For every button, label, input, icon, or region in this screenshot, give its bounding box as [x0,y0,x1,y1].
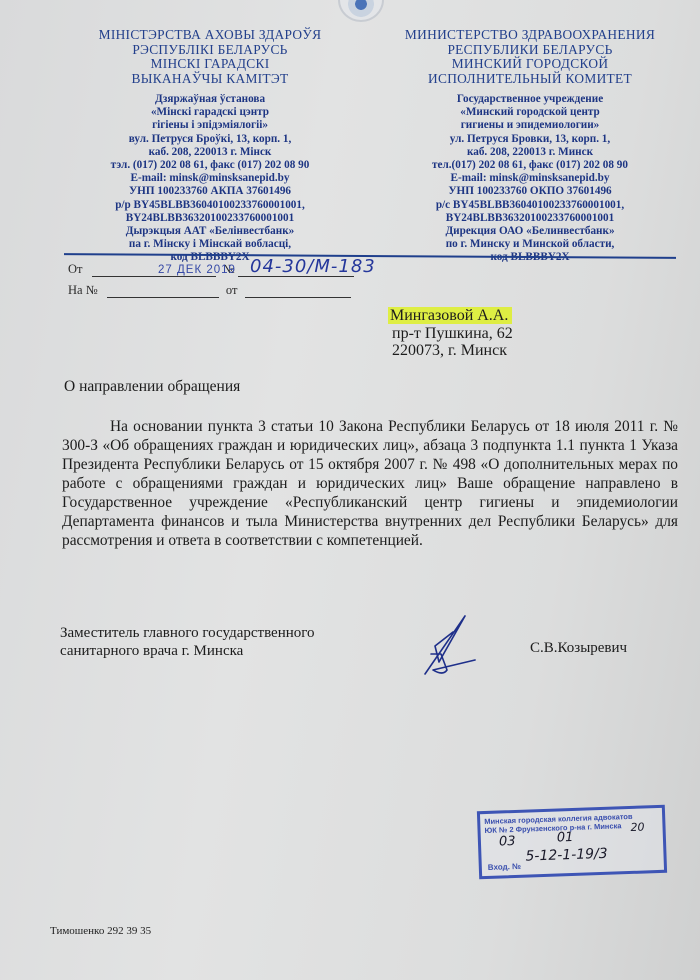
addressee-street: пр-т Пушкина, 62 [392,325,513,343]
text-line: МИНСКИЙ ГОРОДСКОЙ [380,57,680,72]
addressee-city: 220073, г. Минск [392,342,513,360]
addressee-block: Мингазовой А.А. пр-т Пушкина, 62 220073,… [392,307,513,360]
letter-subject: О направлении обращения [64,378,240,396]
text-line: по г. Минску и Минской области, [380,238,680,251]
reply-number-field [107,285,219,298]
email-text: E-mail: minsk@minsksanepid.by [380,172,680,185]
institution-details-ru: Государственное учреждение «Минский горо… [380,93,680,265]
stamp-year: 20 [630,822,644,831]
text-line: BY24BLBB36320100233760001001 [60,212,360,225]
text-line: р/с BY45BLBB36040100233760001001, [380,199,680,212]
text-line: ВЫКАНАЎЧЫ КАМІТЭТ [60,72,360,87]
incoming-label: Вход. № [488,862,521,872]
reply-number-label: На № [68,283,98,297]
reply-registration: На № от [68,283,351,298]
position-line: Заместитель главного государственного [60,624,315,642]
text-line: каб. 208, 220013 г. Минск [380,146,680,159]
text-line: РЭСПУБЛІКІ БЕЛАРУСЬ [60,43,360,58]
reception-stamp: Минская городская коллегия адвокатов ЮК … [477,805,667,880]
text-line: тэл. (017) 202 08 61, факс (017) 202 08 … [60,159,360,172]
text-line: вул. Петруся Броўкі, 13, корп. 1, [60,133,360,146]
stamp-day: 03 [499,837,516,847]
stamp-month: 01 [557,833,574,843]
letterhead-belarusian: МІНІСТЭРСТВА АХОВЫ ЗДАРОЎЯ РЭСПУБЛІКІ БЕ… [60,28,360,265]
text-line: ИСПОЛНИТЕЛЬНЫЙ КОМИТЕТ [380,72,680,87]
position-line: санитарного врача г. Минска [60,642,315,660]
text-line: «Мінскі гарадскі цэнтр [60,106,360,119]
text-line: па г. Мінску і Мінскай вобласці, [60,238,360,251]
letterhead-russian: МИНИСТЕРСТВО ЗДРАВООХРАНЕНИЯ РЕСПУБЛИКИ … [380,28,680,265]
incoming-number: 5-12-1-19/3 [525,850,607,862]
text-line: каб. 208, 220013 г. Мінск [60,146,360,159]
ministry-name-be: МІНІСТЭРСТВА АХОВЫ ЗДАРОЎЯ РЭСПУБЛІКІ БЕ… [60,28,360,86]
text-line: гігіены і эпідэміялогіі» [60,119,360,132]
executor-contact: Тимошенко 292 39 35 [50,925,151,937]
reply-date-label: от [226,283,238,297]
handwritten-outgoing-number: 04-30/М-183 [250,256,376,277]
text-line: Дырэкцыя ААТ «Белінвестбанк» [60,225,360,238]
text-line: РЕСПУБЛИКИ БЕЛАРУСЬ [380,43,680,58]
reply-date-field [245,285,351,298]
date-stamp: 27 ДЕК 2019 [158,264,236,276]
institution-details-be: Дзяржаўная ўстанова «Мінскі гарадскі цэн… [60,93,360,265]
text-line: гигиены и эпидемиологии» [380,119,680,132]
email-text: E-mail: minsk@minsksanepid.by [60,172,360,185]
text-line: Дзяржаўная ўстанова [60,93,360,106]
text-line: «Минский городской центр [380,106,680,119]
text-line: тел.(017) 202 08 61, факс (017) 202 08 9… [380,159,680,172]
signatory-position: Заместитель главного государственного са… [60,624,315,660]
addressee-name: Мингазовой А.А. [388,307,512,324]
text-line: ул. Петруся Бровки, 13, корп. 1, [380,133,680,146]
coat-of-arms-icon [338,0,384,22]
body-paragraph: На основании пункта 3 статьи 10 Закона Р… [62,417,678,550]
letter-page: МІНІСТЭРСТВА АХОВЫ ЗДАРОЎЯ РЭСПУБЛІКІ БЕ… [0,0,700,980]
signatory-name: С.В.Козыревич [530,640,627,657]
text-line: МІНІСТЭРСТВА АХОВЫ ЗДАРОЎЯ [60,28,360,43]
text-line: МИНИСТЕРСТВО ЗДРАВООХРАНЕНИЯ [380,28,680,43]
handwritten-signature-icon [395,612,485,682]
text-line: BY24BLBB36320100233760001001 [380,212,680,225]
letter-body: На основании пункта 3 статьи 10 Закона Р… [62,417,678,550]
text-line: Дирекция ОАО «Белинвестбанк» [380,225,680,238]
ministry-name-ru: МИНИСТЕРСТВО ЗДРАВООХРАНЕНИЯ РЕСПУБЛИКИ … [380,28,680,86]
text-line: УНП 100233760 АКПА 37601496 [60,185,360,198]
from-label: От [68,262,83,276]
text-line: р/р BY45BLBB36040100233760001001, [60,199,360,212]
text-line: МІНСКІ ГАРАДСКІ [60,57,360,72]
text-line: Государственное учреждение [380,93,680,106]
text-line: УНП 100233760 ОКПО 37601496 [380,185,680,198]
